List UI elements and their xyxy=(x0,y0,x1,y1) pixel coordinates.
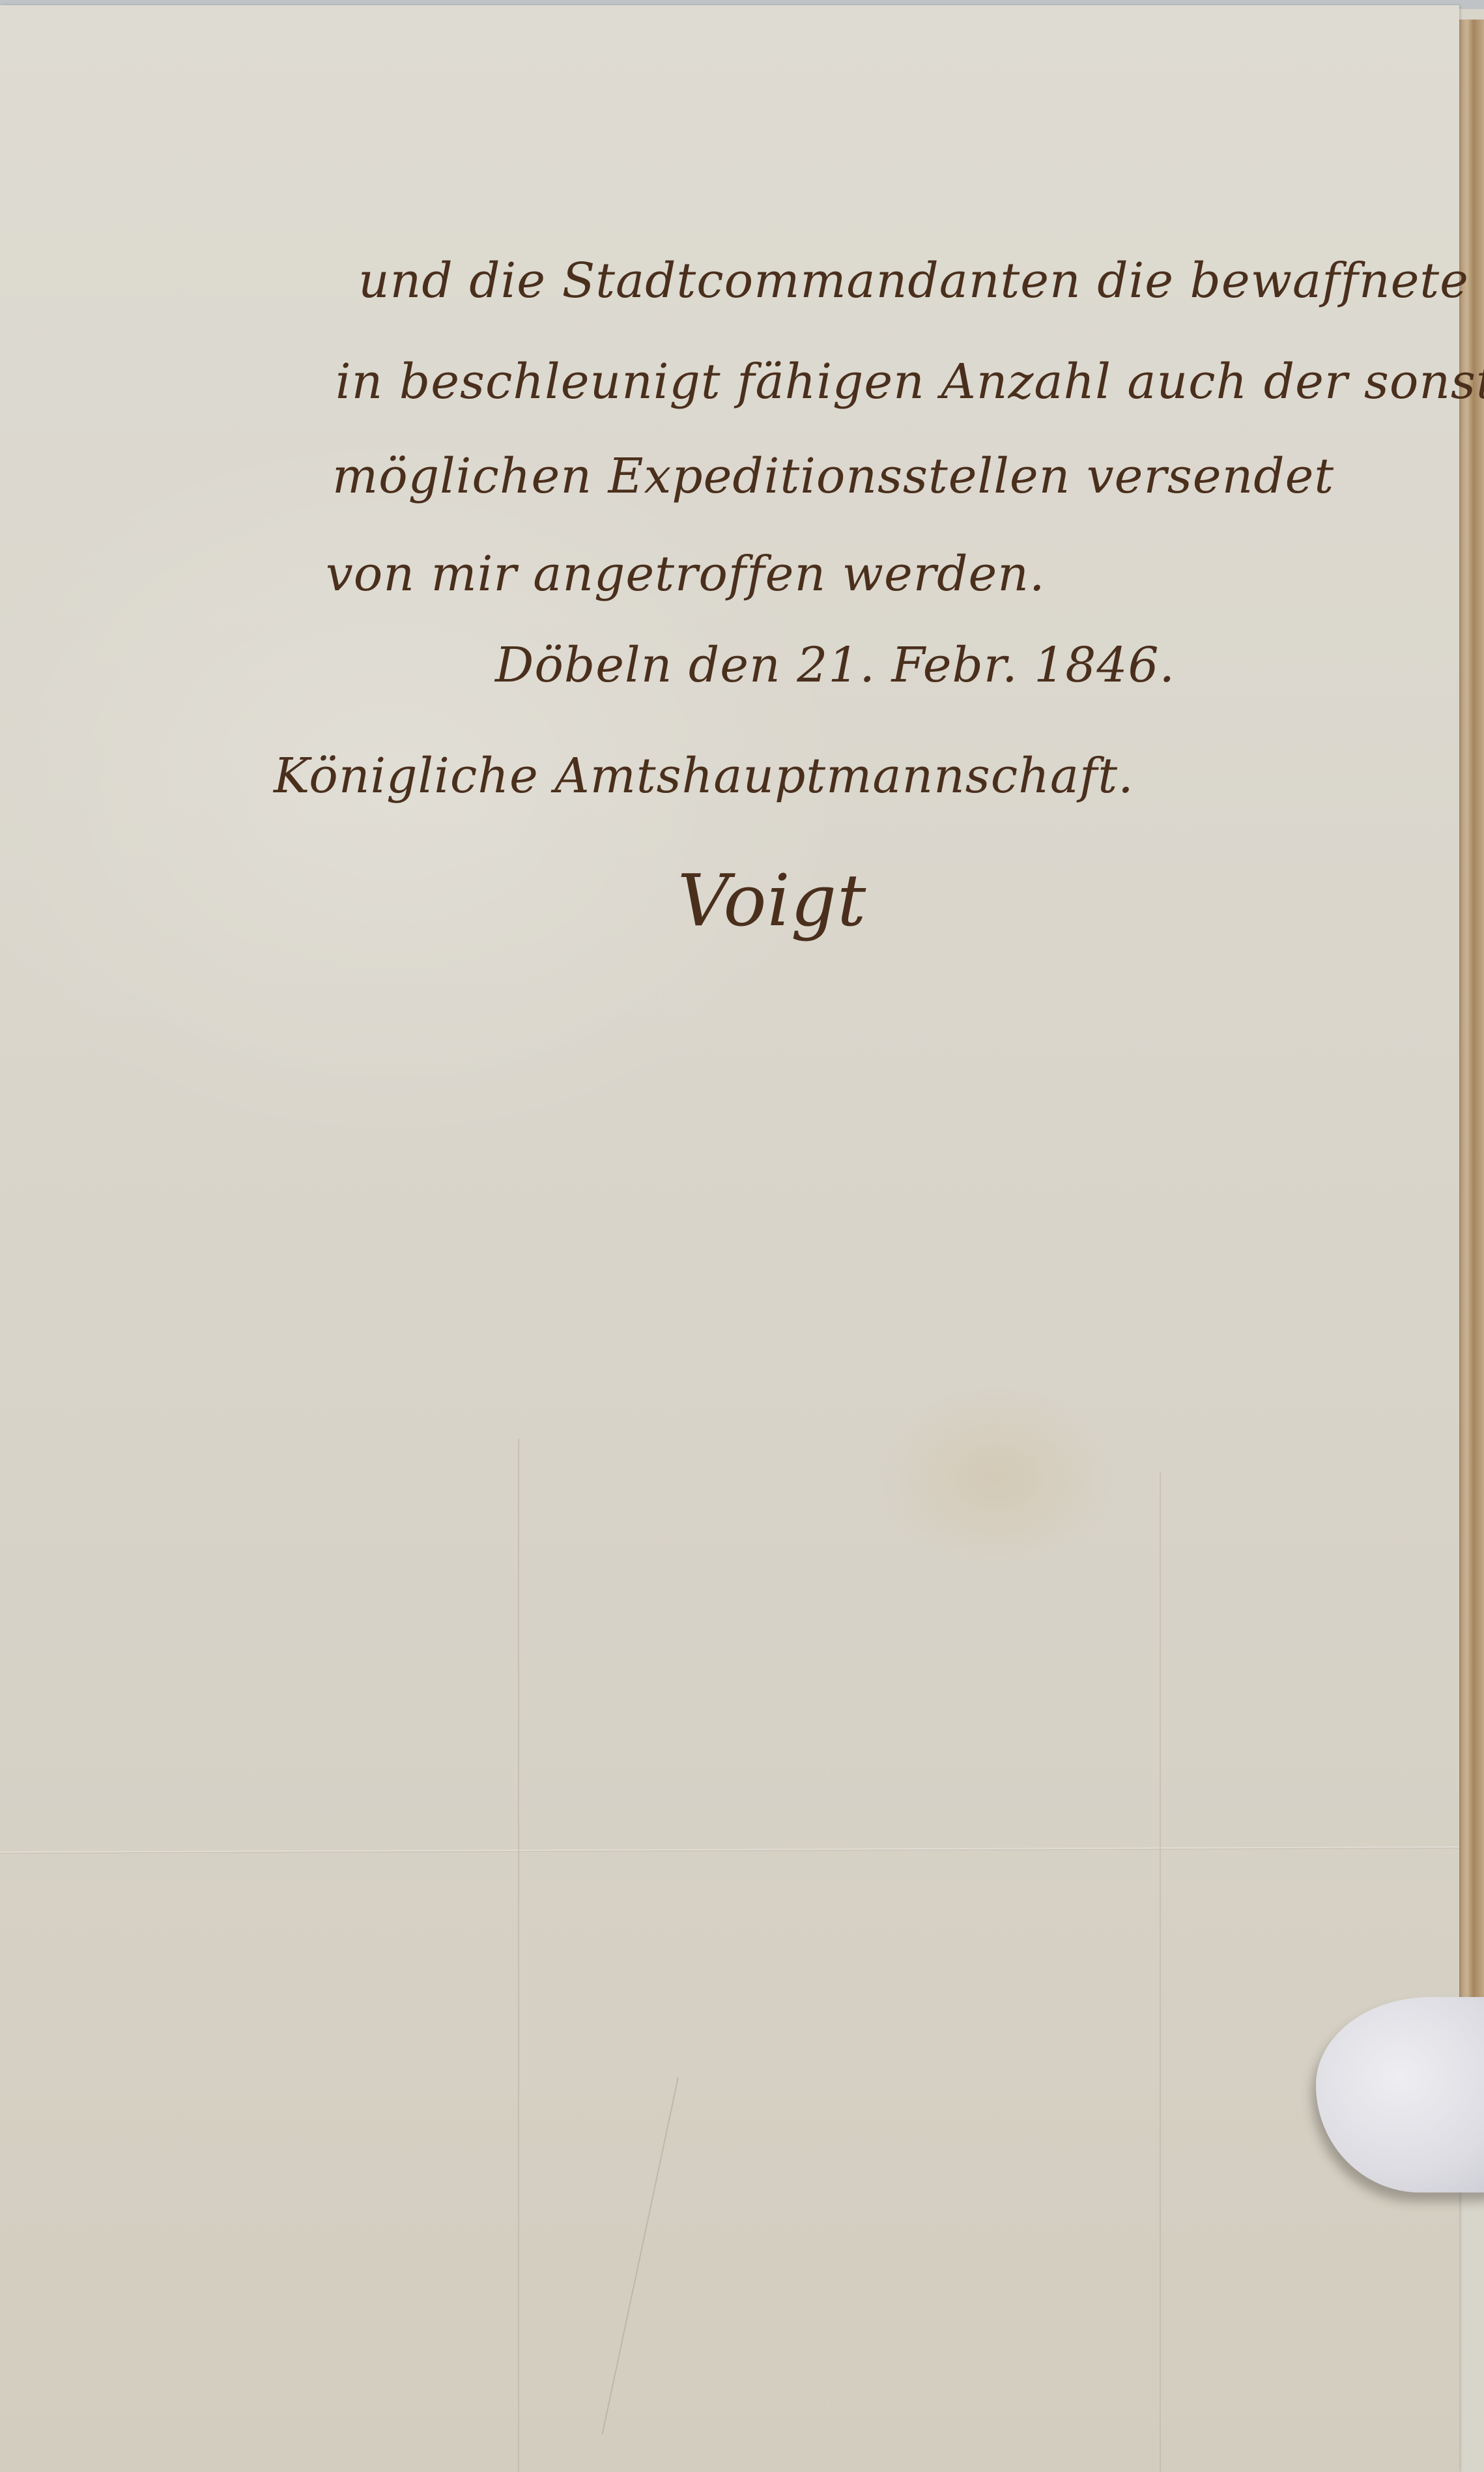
paper-crease xyxy=(602,2077,679,2434)
vertical-fold-line-left xyxy=(518,1439,519,2472)
text-line-3: möglichen Expeditionsstellen versendet xyxy=(332,448,1334,504)
text-line-4: von mir angetroffen werden. xyxy=(326,546,1045,602)
signature: Voigt xyxy=(678,859,866,942)
place-date-line: Döbeln den 21. Febr. 1846. xyxy=(495,637,1175,693)
document-page: und die Stadtcommandanten die bewaffnete… xyxy=(0,5,1459,2472)
vertical-fold-line-right xyxy=(1160,1471,1161,2472)
text-line-1: und die Stadtcommandanten die bewaffnete xyxy=(358,253,1469,309)
authority-line: Königliche Amtshauptmannschaft. xyxy=(274,748,1134,804)
horizontal-fold-line xyxy=(0,1847,1459,1854)
text-line-2: in beschleunigt fähigen Anzahl auch der … xyxy=(335,354,1484,410)
photo-scene: und die Stadtcommandanten die bewaffnete… xyxy=(0,0,1484,2472)
book-page-edges xyxy=(1458,20,1484,2007)
